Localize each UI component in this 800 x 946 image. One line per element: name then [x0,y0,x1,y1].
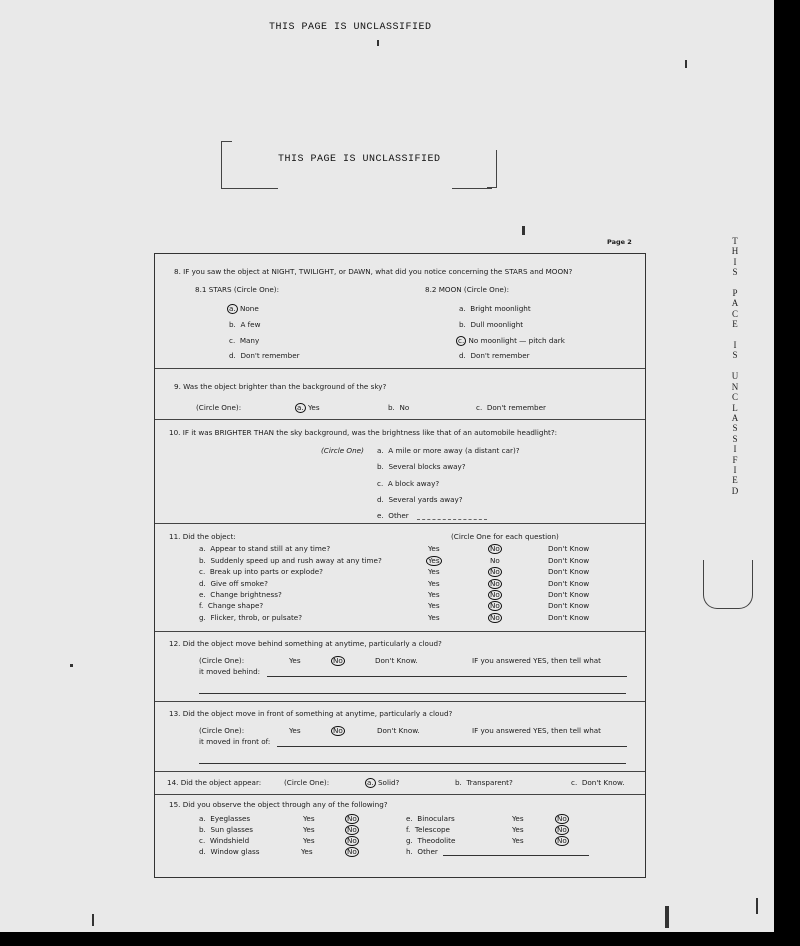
page-number: Page 2 [607,238,632,246]
q10-option-d[interactable]: d. Several yards away? [377,495,463,504]
q11-g-dk[interactable]: Don't Know [548,613,589,622]
question-8: 8. IF you saw the object at NIGHT, TWILI… [155,254,645,369]
q15-f-label: f. Telescope [406,825,450,834]
q15-b-label: b. Sun glasses [199,825,253,834]
q13-yes[interactable]: Yes [289,726,301,735]
q13-followup: IF you answered YES, then tell what [472,726,601,735]
question-11: 11. Did the object: (Circle One for each… [155,523,645,632]
q15-h-label: h. Other [406,847,438,856]
q10-text: 10. IF it was BRIGHTER THAN the sky back… [169,428,557,437]
answer-circle: c. [456,336,466,346]
q15-e-yes[interactable]: Yes [512,814,524,823]
scan-artifact [665,906,669,928]
q9-option-a[interactable]: a. Yes [295,403,320,413]
q11-c-no[interactable]: No [488,567,502,577]
q11-f-no[interactable]: No [488,601,502,611]
q12-answer-line-2[interactable] [199,693,626,694]
q8-moon-option-d[interactable]: d. Don't remember [459,351,530,360]
questionnaire-form: 8. IF you saw the object at NIGHT, TWILI… [154,253,646,878]
q12-followup: IF you answered YES, then tell what [472,656,601,665]
scanned-page: THIS PAGE IS UNCLASSIFIED THIS PAGE IS U… [0,0,774,932]
q8-stars-option-d[interactable]: d. Don't remember [229,351,300,360]
q15-b-yes[interactable]: Yes [303,825,315,834]
q14-text: 14. Did the object appear: [167,778,261,787]
q13-circle-label: (Circle One): [199,726,244,735]
q15-g-label: g. Theodolite [406,836,455,845]
q11-b-yes[interactable]: Yes [426,556,442,566]
q11-f-yes[interactable]: Yes [428,601,440,610]
q15-d-label: d. Window glass [199,847,260,856]
q9-option-c[interactable]: c. Don't remember [476,403,546,412]
q13-no[interactable]: No [331,726,345,736]
stamp-underline-right [452,188,492,189]
classification-vertical: T H I S P A C E I S U N C L A S S I F I … [728,236,742,496]
q11-d-yes[interactable]: Yes [428,579,440,588]
question-10: 10. IF it was BRIGHTER THAN the sky back… [155,419,645,524]
q8-moon-option-c[interactable]: c. No moonlight — pitch dark [456,336,565,346]
classification-stamp: THIS PAGE IS UNCLASSIFIED [278,154,441,165]
q13-answer-line-1[interactable] [277,746,627,747]
q8-stars-option-b[interactable]: b. A few [229,320,260,329]
q12-yes[interactable]: Yes [289,656,301,665]
q13-text: 13. Did the object move in front of some… [169,709,452,718]
q11-b-dk[interactable]: Don't Know [548,556,589,565]
q10-circle-label: (Circle One) [321,446,364,455]
q14-circle-label: (Circle One): [284,778,329,787]
q8-moon-option-b[interactable]: b. Dull moonlight [459,320,523,329]
answer-circle: a. [295,403,306,413]
q14-option-c[interactable]: c. Don't Know. [571,778,625,787]
stamp-bracket-left [221,141,232,189]
q12-followup-label: it moved behind: [199,667,260,676]
q15-e-no[interactable]: No [555,814,569,824]
question-14: 14. Did the object appear: (Circle One):… [155,771,645,795]
classification-banner-top: THIS PAGE IS UNCLASSIFIED [269,22,432,33]
question-12: 12. Did the object move behind something… [155,631,645,702]
q8-stars-option-c[interactable]: c. Many [229,336,259,345]
q11-d-no[interactable]: No [488,579,502,589]
q11-instruction: (Circle One for each question) [451,532,559,541]
q13-dont-know[interactable]: Don't Know. [377,726,420,735]
scan-artifact [756,898,758,914]
q15-text: 15. Did you observe the object through a… [169,800,388,809]
q13-followup-label: it moved in front of: [199,737,270,746]
q15-a-label: a. Eyeglasses [199,814,250,823]
q8-moon-label: 8.2 MOON (Circle One): [425,285,509,294]
q12-answer-line-1[interactable] [267,676,627,677]
vertical-stamp-bracket [703,560,753,609]
q8-moon-option-a[interactable]: a. Bright moonlight [459,304,531,313]
q10-option-b[interactable]: b. Several blocks away? [377,462,466,471]
scan-artifact [377,40,379,46]
stamp-bracket-right [487,150,497,188]
q15-b-no[interactable]: No [345,825,359,835]
q15-c-yes[interactable]: Yes [303,836,315,845]
q12-no[interactable]: No [331,656,345,666]
q15-g-yes[interactable]: Yes [512,836,524,845]
q11-f-dk[interactable]: Don't Know [548,601,589,610]
q9-option-b[interactable]: b. No [388,403,409,412]
q15-a-yes[interactable]: Yes [303,814,315,823]
q9-circle-label: (Circle One): [196,403,241,412]
q11-a-dk[interactable]: Don't Know [548,544,589,553]
q10-option-c[interactable]: c. A block away? [377,479,439,488]
question-13: 13. Did the object move in front of some… [155,701,645,772]
answer-circle: a. [227,304,238,314]
q13-answer-line-2[interactable] [199,763,626,764]
question-9: 9. Was the object brighter than the back… [155,368,645,420]
q15-other-line[interactable] [443,855,589,856]
q10-option-e[interactable]: e. Other [377,511,409,520]
q15-f-yes[interactable]: Yes [512,825,524,834]
q11-d-dk[interactable]: Don't Know [548,579,589,588]
q15-g-no[interactable]: No [555,836,569,846]
q15-c-label: c. Windshield [199,836,249,845]
q11-c-yes[interactable]: Yes [428,567,440,576]
q10-other-line[interactable] [417,519,487,520]
q10-option-a[interactable]: a. A mile or more away (a distant car)? [377,446,520,455]
q15-c-no[interactable]: No [345,836,359,846]
q9-text: 9. Was the object brighter than the back… [174,382,386,391]
stamp-underline-left [226,188,278,189]
q8-stars-option-a[interactable]: a. None [227,304,259,314]
scan-artifact [92,914,94,926]
q12-dont-know[interactable]: Don't Know. [375,656,418,665]
q14-option-a[interactable]: a. Solid? [365,778,399,788]
q15-a-no[interactable]: No [345,814,359,824]
q15-d-yes[interactable]: Yes [301,847,313,856]
q11-g-no[interactable]: No [488,613,502,623]
q15-d-no[interactable]: No [345,847,359,857]
q8-stars-label: 8.1 STARS (Circle One): [195,285,279,294]
q11-b-no[interactable]: No [490,556,500,565]
q8-text: 8. IF you saw the object at NIGHT, TWILI… [174,267,572,276]
scan-artifact [70,664,73,667]
q11-text: 11. Did the object: [169,532,236,541]
q11-c-dk[interactable]: Don't Know [548,567,589,576]
q15-f-no[interactable]: No [555,825,569,835]
q11-a-no[interactable]: No [488,544,502,554]
question-15: 15. Did you observe the object through a… [155,794,645,877]
q11-e-dk[interactable]: Don't Know [548,590,589,599]
scan-artifact [685,60,687,68]
q12-circle-label: (Circle One): [199,656,244,665]
q14-option-b[interactable]: b. Transparent? [455,778,513,787]
scan-artifact [522,226,525,235]
q11-e-yes[interactable]: Yes [428,590,440,599]
q11-e-no[interactable]: No [488,590,502,600]
q11-a-yes[interactable]: Yes [428,544,440,553]
q15-e-label: e. Binoculars [406,814,455,823]
q12-text: 12. Did the object move behind something… [169,639,442,648]
q11-g-yes[interactable]: Yes [428,613,440,622]
